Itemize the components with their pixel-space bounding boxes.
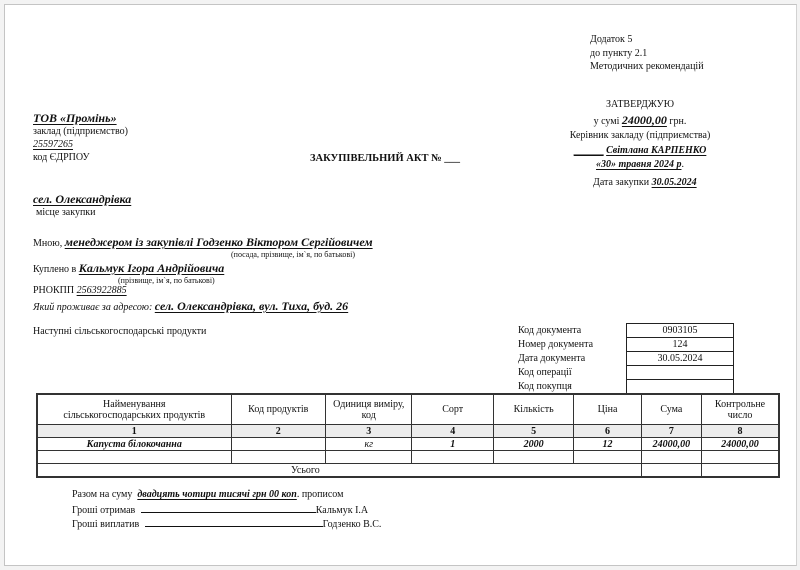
document-info-value: 0903105 — [627, 324, 734, 338]
document-info-label: Код операції — [516, 366, 627, 380]
header-control: Контрольнечисло — [702, 394, 779, 425]
rnokpp-label: РНОКПП — [33, 285, 74, 296]
approval-title: ЗАТВЕРДЖУЮ — [535, 98, 745, 113]
sum-suffix: . прописом — [297, 489, 344, 500]
sum-words: двадцять чотири тисячі грн 00 коп — [137, 489, 296, 500]
document-info-label: Код документа — [516, 324, 627, 338]
products-table: Найменуваннясільськогосподарських продук… — [36, 393, 780, 478]
place-value: сел. Олександрівка — [33, 192, 131, 206]
place-block: сел. Олександрівка місце закупки — [33, 192, 131, 220]
document-info-table: Код документа0903105Номер документа124Да… — [516, 323, 734, 394]
purchase-date-line: Дата закупки 30.05.2024 — [593, 177, 697, 188]
document-title: ЗАКУПІВЕЛЬНИЙ АКТ № ___ — [310, 153, 460, 164]
document-info-row: Код покупця — [516, 380, 734, 394]
received-signature-line — [141, 503, 316, 513]
head-label: Керівник закладу (підприємства) — [535, 129, 745, 144]
place-caption: місце закупки — [33, 206, 131, 220]
seller-value: Кальмук Ігора Андрійовича — [79, 261, 224, 275]
approval-amount-line: у сумі 24000,00 грн. — [535, 113, 745, 130]
organization-block: ТОВ «Промінь» заклад (підприємство) 2559… — [33, 112, 128, 164]
address-label: Який проживає за адресою: — [33, 302, 152, 313]
document-page: Додаток 5 до пункту 2.1 Методичних реком… — [4, 4, 797, 566]
organization-name: ТОВ «Промінь» — [33, 112, 128, 125]
document-info-label: Номер документа — [516, 338, 627, 352]
document-info-value: 124 — [627, 338, 734, 352]
table-row: Капуста білокочанна кг 1 2000 12 24000,0… — [37, 438, 779, 451]
rnokpp-value: 2563922885 — [77, 285, 127, 296]
signature-blank: ______ — [574, 145, 604, 156]
date-suffix: . — [681, 159, 684, 170]
document-info-row: Дата документа30.05.2024 — [516, 352, 734, 366]
total-label: Усього — [37, 464, 641, 478]
sum-label: Разом на суму — [72, 489, 132, 500]
products-intro: Наступні сільськогосподарські продукти — [33, 326, 206, 337]
cell-control: 24000,00 — [702, 438, 779, 451]
cell-product-code — [231, 451, 326, 464]
document-info-value: 30.05.2024 — [627, 352, 734, 366]
appendix-line-2: до пункту 2.1 — [590, 47, 704, 61]
table-header-row: Найменуваннясільськогосподарських продук… — [37, 394, 779, 425]
column-number: 7 — [641, 425, 701, 438]
document-info-value — [627, 380, 734, 394]
document-info-value — [627, 366, 734, 380]
column-numbers-row: 1 2 3 4 5 6 7 8 — [37, 425, 779, 438]
paid-line: Гроші виплатив Годзенко В.С. — [72, 517, 381, 530]
column-number: 4 — [412, 425, 493, 438]
appendix-line-1: Додаток 5 — [590, 33, 704, 47]
cell-price — [574, 451, 641, 464]
approval-amount: 24000,00 — [622, 113, 667, 127]
buyer-value: менеджером із закупівлі Годзенко Вікторо… — [65, 235, 373, 249]
document-info-label: Дата документа — [516, 352, 627, 366]
buyer-caption: (посада, прізвище, ім`я, по батькові) — [231, 250, 355, 259]
approval-date: «30» травня 2024 р — [596, 159, 681, 170]
seller-prefix: Куплено в — [33, 264, 76, 275]
document-info-label: Код покупця — [516, 380, 627, 394]
received-name: Кальмук І.А — [316, 505, 368, 516]
buyer-prefix: Мною, — [33, 238, 62, 249]
document-info-row: Код операції — [516, 366, 734, 380]
column-number: 5 — [493, 425, 573, 438]
edrpou-caption: код ЄДРПОУ — [33, 151, 128, 164]
sum-in-words-line: Разом на суму двадцять чотири тисячі грн… — [72, 489, 343, 500]
cell-grade: 1 — [412, 438, 493, 451]
header-grade: Сорт — [412, 394, 493, 425]
paid-label: Гроші виплатив — [72, 519, 139, 530]
buyer-line: Мною, менеджером із закупівлі Годзенко В… — [33, 235, 373, 250]
header-quantity: Кількість — [493, 394, 573, 425]
head-name: Світлана КАРПЕНКО — [606, 145, 706, 156]
cell-sum — [641, 451, 701, 464]
cell-grade — [412, 451, 493, 464]
column-number: 8 — [702, 425, 779, 438]
total-sum — [641, 464, 701, 478]
cell-quantity — [493, 451, 573, 464]
header-sum: Сума — [641, 394, 701, 425]
column-number: 6 — [574, 425, 641, 438]
approval-date-line: «30» травня 2024 р. — [535, 158, 745, 173]
document-info-row: Номер документа124 — [516, 338, 734, 352]
table-row — [37, 451, 779, 464]
approval-block: ЗАТВЕРДЖУЮ у сумі 24000,00 грн. Керівник… — [535, 98, 745, 173]
rnokpp-line: РНОКПП 2563922885 — [33, 285, 127, 296]
header-name: Найменуваннясільськогосподарських продук… — [37, 394, 231, 425]
cell-unit: кг — [326, 438, 412, 451]
column-number: 2 — [231, 425, 326, 438]
header-code: Код продуктів — [231, 394, 326, 425]
document-info-row: Код документа0903105 — [516, 324, 734, 338]
header-unit: Одиниця виміру,код — [326, 394, 412, 425]
appendix-note: Додаток 5 до пункту 2.1 Методичних реком… — [590, 33, 704, 74]
cell-sum: 24000,00 — [641, 438, 701, 451]
cell-quantity: 2000 — [493, 438, 573, 451]
paid-name: Годзенко В.С. — [323, 519, 382, 530]
purchase-date-label: Дата закупки — [593, 177, 649, 188]
head-signature-line: ______ Світлана КАРПЕНКО — [535, 144, 745, 159]
seller-line: Куплено в Кальмук Ігора Андрійовича — [33, 261, 224, 276]
received-label: Гроші отримав — [72, 505, 135, 516]
cell-unit — [326, 451, 412, 464]
address-value: сел. Олександрівка, вул. Тиха, буд. 26 — [155, 299, 348, 313]
address-line: Який проживає за адресою: сел. Олександр… — [33, 299, 348, 314]
cell-product-name: Капуста білокочанна — [37, 438, 231, 451]
organization-caption: заклад (підприємство) — [33, 125, 128, 138]
cell-product-name — [37, 451, 231, 464]
header-price: Ціна — [574, 394, 641, 425]
paid-signature-line — [145, 517, 323, 527]
cell-price: 12 — [574, 438, 641, 451]
column-number: 1 — [37, 425, 231, 438]
total-control — [702, 464, 779, 478]
amount-prefix: у сумі — [594, 116, 620, 127]
appendix-line-3: Методичних рекомендацій — [590, 60, 704, 74]
cell-product-code — [231, 438, 326, 451]
amount-suffix: грн. — [669, 116, 686, 127]
edrpou-value: 25597265 — [33, 138, 128, 151]
column-number: 3 — [326, 425, 412, 438]
purchase-date: 30.05.2024 — [652, 177, 697, 188]
seller-caption: (прізвище, ім`я, по батькові) — [118, 276, 215, 285]
cell-control — [702, 451, 779, 464]
total-row: Усього — [37, 464, 779, 478]
received-line: Гроші отримав Кальмук І.А — [72, 503, 368, 516]
